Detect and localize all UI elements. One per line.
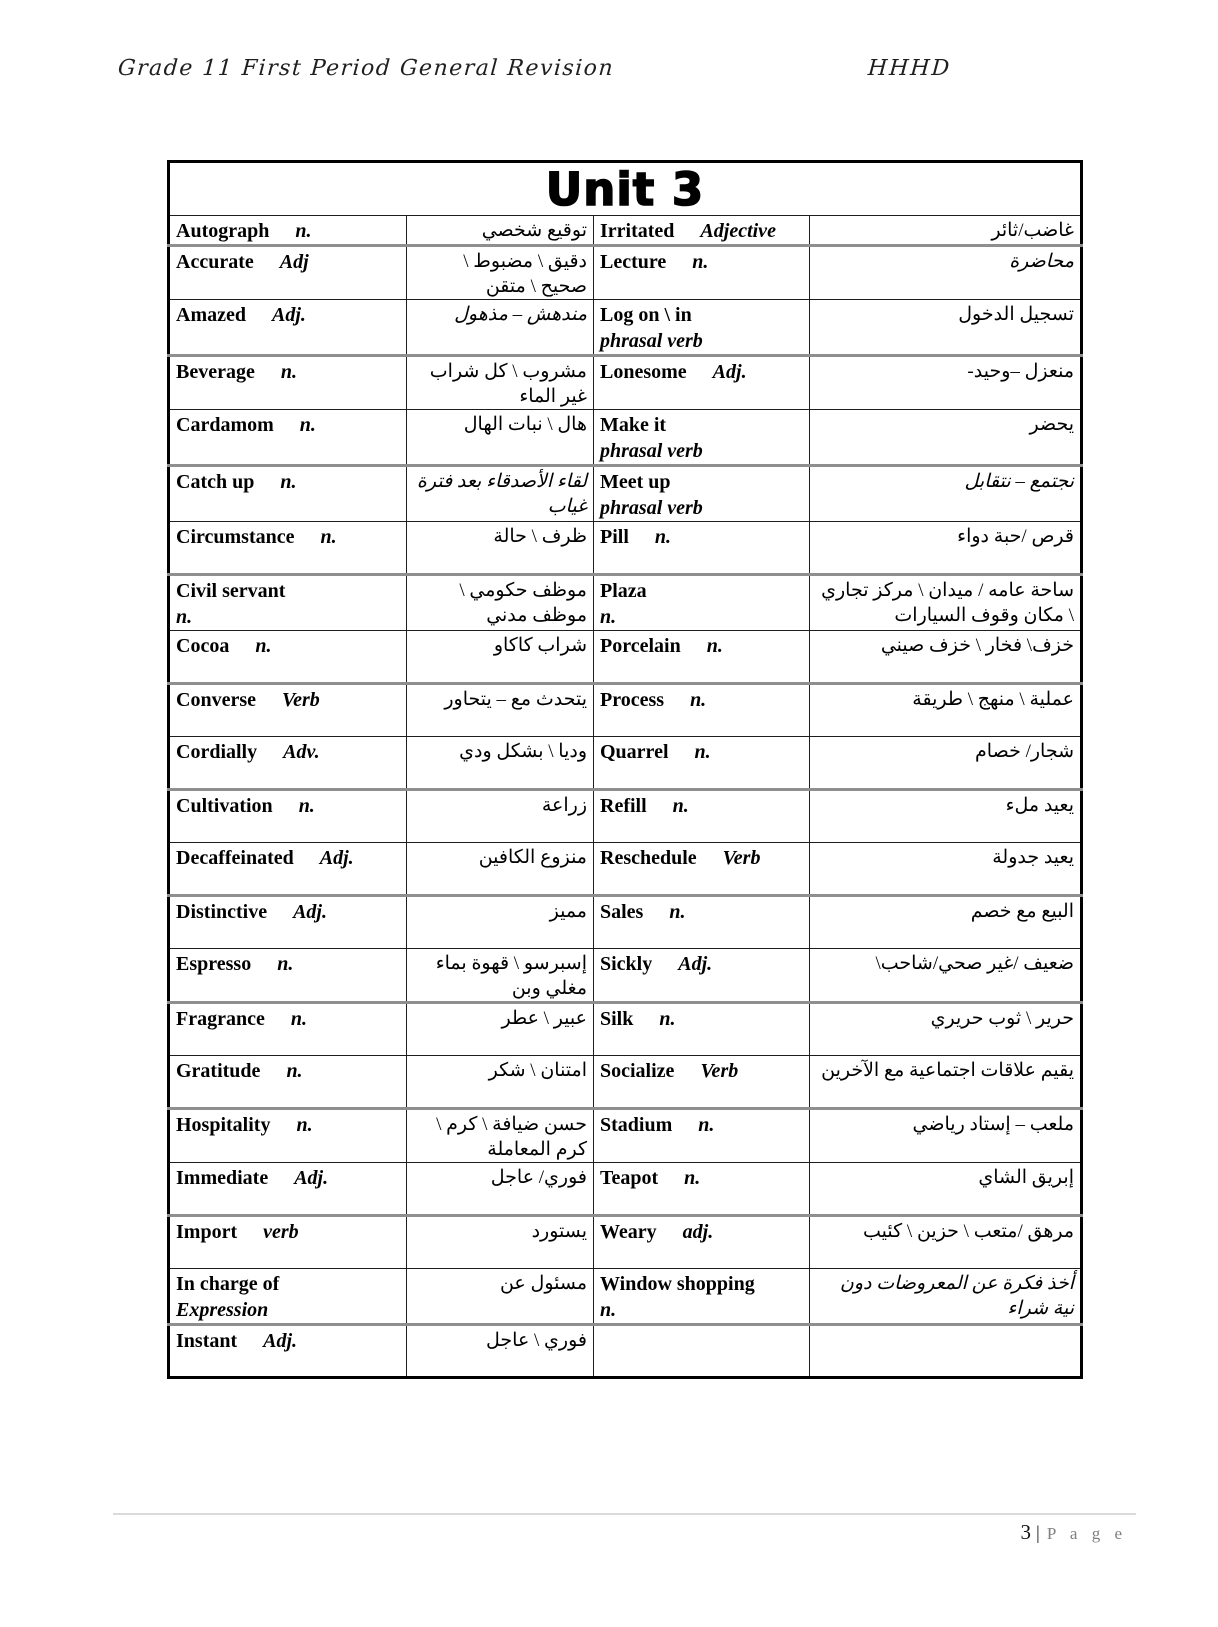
term-cell-left: DecaffeinatedAdj. xyxy=(169,843,407,896)
vocab-row: AmazedAdj.مندهش – مذهولLog on \ inphrasa… xyxy=(169,300,1082,356)
translation-cell-left: مميز xyxy=(407,896,594,949)
term-text: Autograph xyxy=(176,220,269,242)
translation-cell-left: يتحدث مع – يتحاور xyxy=(407,684,594,737)
term-text: Silk xyxy=(600,1008,633,1030)
translation-cell-right: خزف\ فخار \ خزف صيني xyxy=(810,631,1082,684)
pos-label: n. xyxy=(690,689,706,711)
term-text: Process xyxy=(600,689,664,711)
translation-cell-left: مشروب \ كل شراب غير الماء xyxy=(407,356,594,410)
term-cell-right: Stadiumn. xyxy=(594,1109,810,1163)
term-cell-left: ConverseVerb xyxy=(169,684,407,737)
pos-label: Adv. xyxy=(283,741,319,763)
term-text: Immediate xyxy=(176,1167,268,1189)
vocab-row: Cocoan.شراب كاكاوPorcelainn.خزف\ فخار \ … xyxy=(169,631,1082,684)
pos-label: Verb xyxy=(723,847,761,869)
pos-label: phrasal verb xyxy=(600,438,803,464)
pos-label: n. xyxy=(286,1060,302,1082)
pos-label: n. xyxy=(707,635,723,657)
footer: 3|P a g e xyxy=(1021,1520,1127,1545)
translation-cell-right: محاضرة xyxy=(810,246,1082,300)
translation-cell-right: إبريق الشاي xyxy=(810,1163,1082,1216)
translation-cell-right: أخذ فكرة عن المعروضات دون نية شراء xyxy=(810,1269,1082,1325)
term-cell-left: Espresson. xyxy=(169,949,407,1003)
pos-label: n. xyxy=(669,901,685,923)
term-text: Socialize xyxy=(600,1060,674,1082)
vocab-row: InstantAdj.فوري \ عاجل xyxy=(169,1325,1082,1378)
translation-cell-left: فوري/ عاجل xyxy=(407,1163,594,1216)
term-cell-left: Importverb xyxy=(169,1216,407,1269)
translation-cell-right: يحضر xyxy=(810,410,1082,466)
unit-title: Unit 3 xyxy=(176,165,1074,215)
term-text: Cultivation xyxy=(176,795,273,817)
translation-cell-left: شراب كاكاو xyxy=(407,631,594,684)
term-text: Cocoa xyxy=(176,635,229,657)
term-cell-right xyxy=(594,1325,810,1378)
term-cell-left: Catch upn. xyxy=(169,466,407,522)
translation-cell-left: وديا \ بشكل ودي xyxy=(407,737,594,790)
translation-cell-left: توقيع شخصي xyxy=(407,216,594,246)
pos-label: Adj. xyxy=(678,953,712,975)
term-cell-left: Fragrancen. xyxy=(169,1003,407,1056)
term-cell-left: Cocoan. xyxy=(169,631,407,684)
translation-cell-right: ساحة عامه / ميدان \ مركز تجاري \ مكان وق… xyxy=(810,575,1082,631)
translation-cell-right: حرير \ ثوب حريري xyxy=(810,1003,1082,1056)
pos-label: phrasal verb xyxy=(600,495,803,521)
term-text: Cardamom xyxy=(176,414,274,436)
vocab-row: Circumstancen.ظرف \ حالةPilln.قرص /حبة د… xyxy=(169,522,1082,575)
term-text: Refill xyxy=(600,795,647,817)
translation-cell-left: مسئول عن xyxy=(407,1269,594,1325)
pos-label: n. xyxy=(695,741,711,763)
pos-label: n. xyxy=(299,795,315,817)
term-text: Lonesome xyxy=(600,361,687,383)
pos-label: n. xyxy=(295,220,311,242)
vocab-row: AccurateAdjدقيق \ مضبوط \ صحيح \ متقنLec… xyxy=(169,246,1082,300)
term-text: Espresso xyxy=(176,953,251,975)
vocab-table: Unit 3 Autographn.توقيع شخصيIrritatedAdj… xyxy=(167,160,1083,1379)
translation-cell-right: شجار/ خصام xyxy=(810,737,1082,790)
pos-label: Adj. xyxy=(293,901,327,923)
translation-cell-left: منزوع الكافين xyxy=(407,843,594,896)
pos-label: n. xyxy=(659,1008,675,1030)
term-cell-left: ImmediateAdj. xyxy=(169,1163,407,1216)
term-cell-right: Refilln. xyxy=(594,790,810,843)
term-text: Catch up xyxy=(176,471,254,493)
pos-label: n. xyxy=(692,251,708,273)
term-cell-right: Plazan. xyxy=(594,575,810,631)
translation-cell-right: يعيد ملء xyxy=(810,790,1082,843)
pos-label: phrasal verb xyxy=(600,328,803,354)
term-text: Plaza xyxy=(600,580,647,602)
translation-cell-right: ضعيف /غير صحي/شاحب\ xyxy=(810,949,1082,1003)
term-cell-left: Gratituden. xyxy=(169,1056,407,1109)
term-text: Quarrel xyxy=(600,741,669,763)
term-cell-left: Beveragen. xyxy=(169,356,407,410)
term-text: Pill xyxy=(600,526,629,548)
term-text: Make it xyxy=(600,414,666,436)
term-cell-left: Cardamomn. xyxy=(169,410,407,466)
pos-label: Adj. xyxy=(263,1330,297,1352)
translation-cell-right: ملعب – إستاد رياضي xyxy=(810,1109,1082,1163)
vocab-row: Beveragen.مشروب \ كل شراب غير الماءLones… xyxy=(169,356,1082,410)
term-text: Circumstance xyxy=(176,526,295,548)
vocab-row: Espresson.إسبرسو \ قهوة بماء مغلي وبنSic… xyxy=(169,949,1082,1003)
term-text: Hospitality xyxy=(176,1114,270,1136)
term-text: Porcelain xyxy=(600,635,681,657)
term-text: Beverage xyxy=(176,361,255,383)
term-text: Instant xyxy=(176,1330,237,1352)
pos-label: Adj xyxy=(280,251,309,273)
page-number: 3 xyxy=(1021,1520,1032,1544)
footer-separator: | xyxy=(1036,1523,1040,1544)
pos-label: verb xyxy=(263,1221,299,1243)
vocab-row: CordiallyAdv.وديا \ بشكل وديQuarreln.شجا… xyxy=(169,737,1082,790)
translation-cell-right: نجتمع – نتقابل xyxy=(810,466,1082,522)
pos-label: n. xyxy=(291,1008,307,1030)
header-title: Grade 11 First Period General Revision xyxy=(117,56,615,81)
translation-cell-left: يستورد xyxy=(407,1216,594,1269)
term-text: Window shopping xyxy=(600,1273,755,1295)
term-cell-right: Processn. xyxy=(594,684,810,737)
term-cell-left: Autographn. xyxy=(169,216,407,246)
term-cell-right: Wearyadj. xyxy=(594,1216,810,1269)
unit-title-row: Unit 3 xyxy=(169,162,1082,216)
term-text: Meet up xyxy=(600,471,671,493)
term-text: Import xyxy=(176,1221,237,1243)
pos-label: n. xyxy=(655,526,671,548)
translation-cell-left: ظرف \ حالة xyxy=(407,522,594,575)
pos-label: n. xyxy=(281,361,297,383)
term-cell-left: InstantAdj. xyxy=(169,1325,407,1378)
term-cell-right: Silkn. xyxy=(594,1003,810,1056)
footer-divider xyxy=(113,1513,1136,1515)
term-cell-right: IrritatedAdjective xyxy=(594,216,810,246)
term-cell-right: SocializeVerb xyxy=(594,1056,810,1109)
term-cell-left: In charge ofExpression xyxy=(169,1269,407,1325)
vocab-row: Fragrancen.عبير \ عطرSilkn.حرير \ ثوب حر… xyxy=(169,1003,1082,1056)
vocab-row: Gratituden.امتنان \ شكرSocializeVerbيقيم… xyxy=(169,1056,1082,1109)
term-cell-right: Quarreln. xyxy=(594,737,810,790)
pos-label: Adjective xyxy=(700,220,776,242)
translation-cell-left: دقيق \ مضبوط \ صحيح \ متقن xyxy=(407,246,594,300)
translation-cell-left: زراعة xyxy=(407,790,594,843)
translation-cell-left: هال \ نبات الهال xyxy=(407,410,594,466)
term-text: Gratitude xyxy=(176,1060,260,1082)
pos-label: Verb xyxy=(282,689,320,711)
term-cell-right: SicklyAdj. xyxy=(594,949,810,1003)
term-cell-right: Window shoppingn. xyxy=(594,1269,810,1325)
term-cell-right: LonesomeAdj. xyxy=(594,356,810,410)
term-cell-right: Pilln. xyxy=(594,522,810,575)
term-text: Irritated xyxy=(600,220,674,242)
pos-label: Adj. xyxy=(272,304,306,326)
vocab-row: Cardamomn.هال \ نبات الهالMake itphrasal… xyxy=(169,410,1082,466)
translation-cell-left: امتنان \ شكر xyxy=(407,1056,594,1109)
term-cell-left: Hospitalityn. xyxy=(169,1109,407,1163)
term-text: Sickly xyxy=(600,953,652,975)
pos-label: n. xyxy=(277,953,293,975)
pos-label: n. xyxy=(280,471,296,493)
pos-label: n. xyxy=(300,414,316,436)
pos-label: n. xyxy=(321,526,337,548)
translation-cell-right: البيع مع خصم xyxy=(810,896,1082,949)
term-text: Sales xyxy=(600,901,643,923)
term-text: Reschedule xyxy=(600,847,697,869)
translation-cell-left: لقاء الأصدقاء بعد فترة غياب xyxy=(407,466,594,522)
translation-cell-left: حسن ضيافة \ كرم \ كرم المعاملة xyxy=(407,1109,594,1163)
translation-cell-right: يقيم علاقات اجتماعية مع الآخرين xyxy=(810,1056,1082,1109)
vocab-row: In charge ofExpressionمسئول عنWindow sho… xyxy=(169,1269,1082,1325)
translation-cell-left: فوري \ عاجل xyxy=(407,1325,594,1378)
pos-label: n. xyxy=(176,604,400,630)
vocab-row: ImportverbيستوردWearyadj.مرهق /متعب \ حز… xyxy=(169,1216,1082,1269)
translation-cell-right: منعزل –وحيد- xyxy=(810,356,1082,410)
vocab-row: ImmediateAdj.فوري/ عاجلTeapotn.إبريق الش… xyxy=(169,1163,1082,1216)
pos-label: n. xyxy=(600,604,803,630)
pos-label: adj. xyxy=(683,1221,714,1243)
term-text: Decaffeinated xyxy=(176,847,294,869)
term-cell-right: Salesn. xyxy=(594,896,810,949)
vocab-row: Hospitalityn.حسن ضيافة \ كرم \ كرم المعا… xyxy=(169,1109,1082,1163)
term-cell-left: CordiallyAdv. xyxy=(169,737,407,790)
term-cell-right: Teapotn. xyxy=(594,1163,810,1216)
pos-label: Adj. xyxy=(713,361,747,383)
term-text: Stadium xyxy=(600,1114,672,1136)
term-text: Accurate xyxy=(176,251,254,273)
pos-label: n. xyxy=(673,795,689,817)
vocab-row: ConverseVerbيتحدث مع – يتحاورProcessn.عم… xyxy=(169,684,1082,737)
term-cell-left: Cultivationn. xyxy=(169,790,407,843)
vocab-row: Autographn.توقيع شخصيIrritatedAdjectiveغ… xyxy=(169,216,1082,246)
term-text: Distinctive xyxy=(176,901,267,923)
translation-cell-left: مندهش – مذهول xyxy=(407,300,594,356)
term-text: Log on \ in xyxy=(600,304,692,326)
term-cell-right: Log on \ inphrasal verb xyxy=(594,300,810,356)
pos-label: Verb xyxy=(700,1060,738,1082)
translation-cell-left: عبير \ عطر xyxy=(407,1003,594,1056)
term-cell-left: Circumstancen. xyxy=(169,522,407,575)
term-text: Fragrance xyxy=(176,1008,265,1030)
pos-label: n. xyxy=(296,1114,312,1136)
term-text: Civil servant xyxy=(176,580,285,602)
term-text: In charge of xyxy=(176,1273,279,1295)
term-text: Weary xyxy=(600,1221,657,1243)
term-text: Cordially xyxy=(176,741,257,763)
vocab-row: DecaffeinatedAdj.منزوع الكافينReschedule… xyxy=(169,843,1082,896)
translation-cell-right: مرهق /متعب \ حزين \ كئيب xyxy=(810,1216,1082,1269)
term-cell-right: Lecturen. xyxy=(594,246,810,300)
translation-cell-right: عملية \ منهج \ طريقة xyxy=(810,684,1082,737)
term-text: Amazed xyxy=(176,304,246,326)
term-text: Teapot xyxy=(600,1167,658,1189)
pos-label: Adj. xyxy=(294,1167,328,1189)
pos-label: n. xyxy=(698,1114,714,1136)
pos-label: Expression xyxy=(176,1297,400,1323)
translation-cell-right: يعيد جدولة xyxy=(810,843,1082,896)
pos-label: Adj. xyxy=(320,847,354,869)
vocab-row: DistinctiveAdj.مميزSalesn.البيع مع خصم xyxy=(169,896,1082,949)
term-cell-left: DistinctiveAdj. xyxy=(169,896,407,949)
translation-cell-right: قرص /حبة دواء xyxy=(810,522,1082,575)
term-cell-left: AccurateAdj xyxy=(169,246,407,300)
pos-label: n. xyxy=(600,1297,803,1323)
term-cell-right: Porcelainn. xyxy=(594,631,810,684)
translation-cell-left: موظف حكومي \ موظف مدني xyxy=(407,575,594,631)
vocab-row: Catch upn.لقاء الأصدقاء بعد فترة غيابMee… xyxy=(169,466,1082,522)
pos-label: n. xyxy=(255,635,271,657)
term-text: Lecture xyxy=(600,251,666,273)
translation-cell-left: إسبرسو \ قهوة بماء مغلي وبن xyxy=(407,949,594,1003)
term-cell-right: Make itphrasal verb xyxy=(594,410,810,466)
pos-label: n. xyxy=(684,1167,700,1189)
translation-cell-right xyxy=(810,1325,1082,1378)
term-text: Converse xyxy=(176,689,256,711)
translation-cell-right: غاضب/ثائر xyxy=(810,216,1082,246)
header-initials: HHHD xyxy=(867,56,952,81)
vocab-row: Civil servantn.موظف حكومي \ موظف مدنيPla… xyxy=(169,575,1082,631)
term-cell-right: RescheduleVerb xyxy=(594,843,810,896)
term-cell-right: Meet upphrasal verb xyxy=(594,466,810,522)
term-cell-left: AmazedAdj. xyxy=(169,300,407,356)
term-cell-left: Civil servantn. xyxy=(169,575,407,631)
vocab-row: Cultivationn.زراعةRefilln.يعيد ملء xyxy=(169,790,1082,843)
page-label: P a g e xyxy=(1047,1524,1127,1543)
translation-cell-right: تسجيل الدخول xyxy=(810,300,1082,356)
unit-title-cell: Unit 3 xyxy=(169,162,1082,216)
